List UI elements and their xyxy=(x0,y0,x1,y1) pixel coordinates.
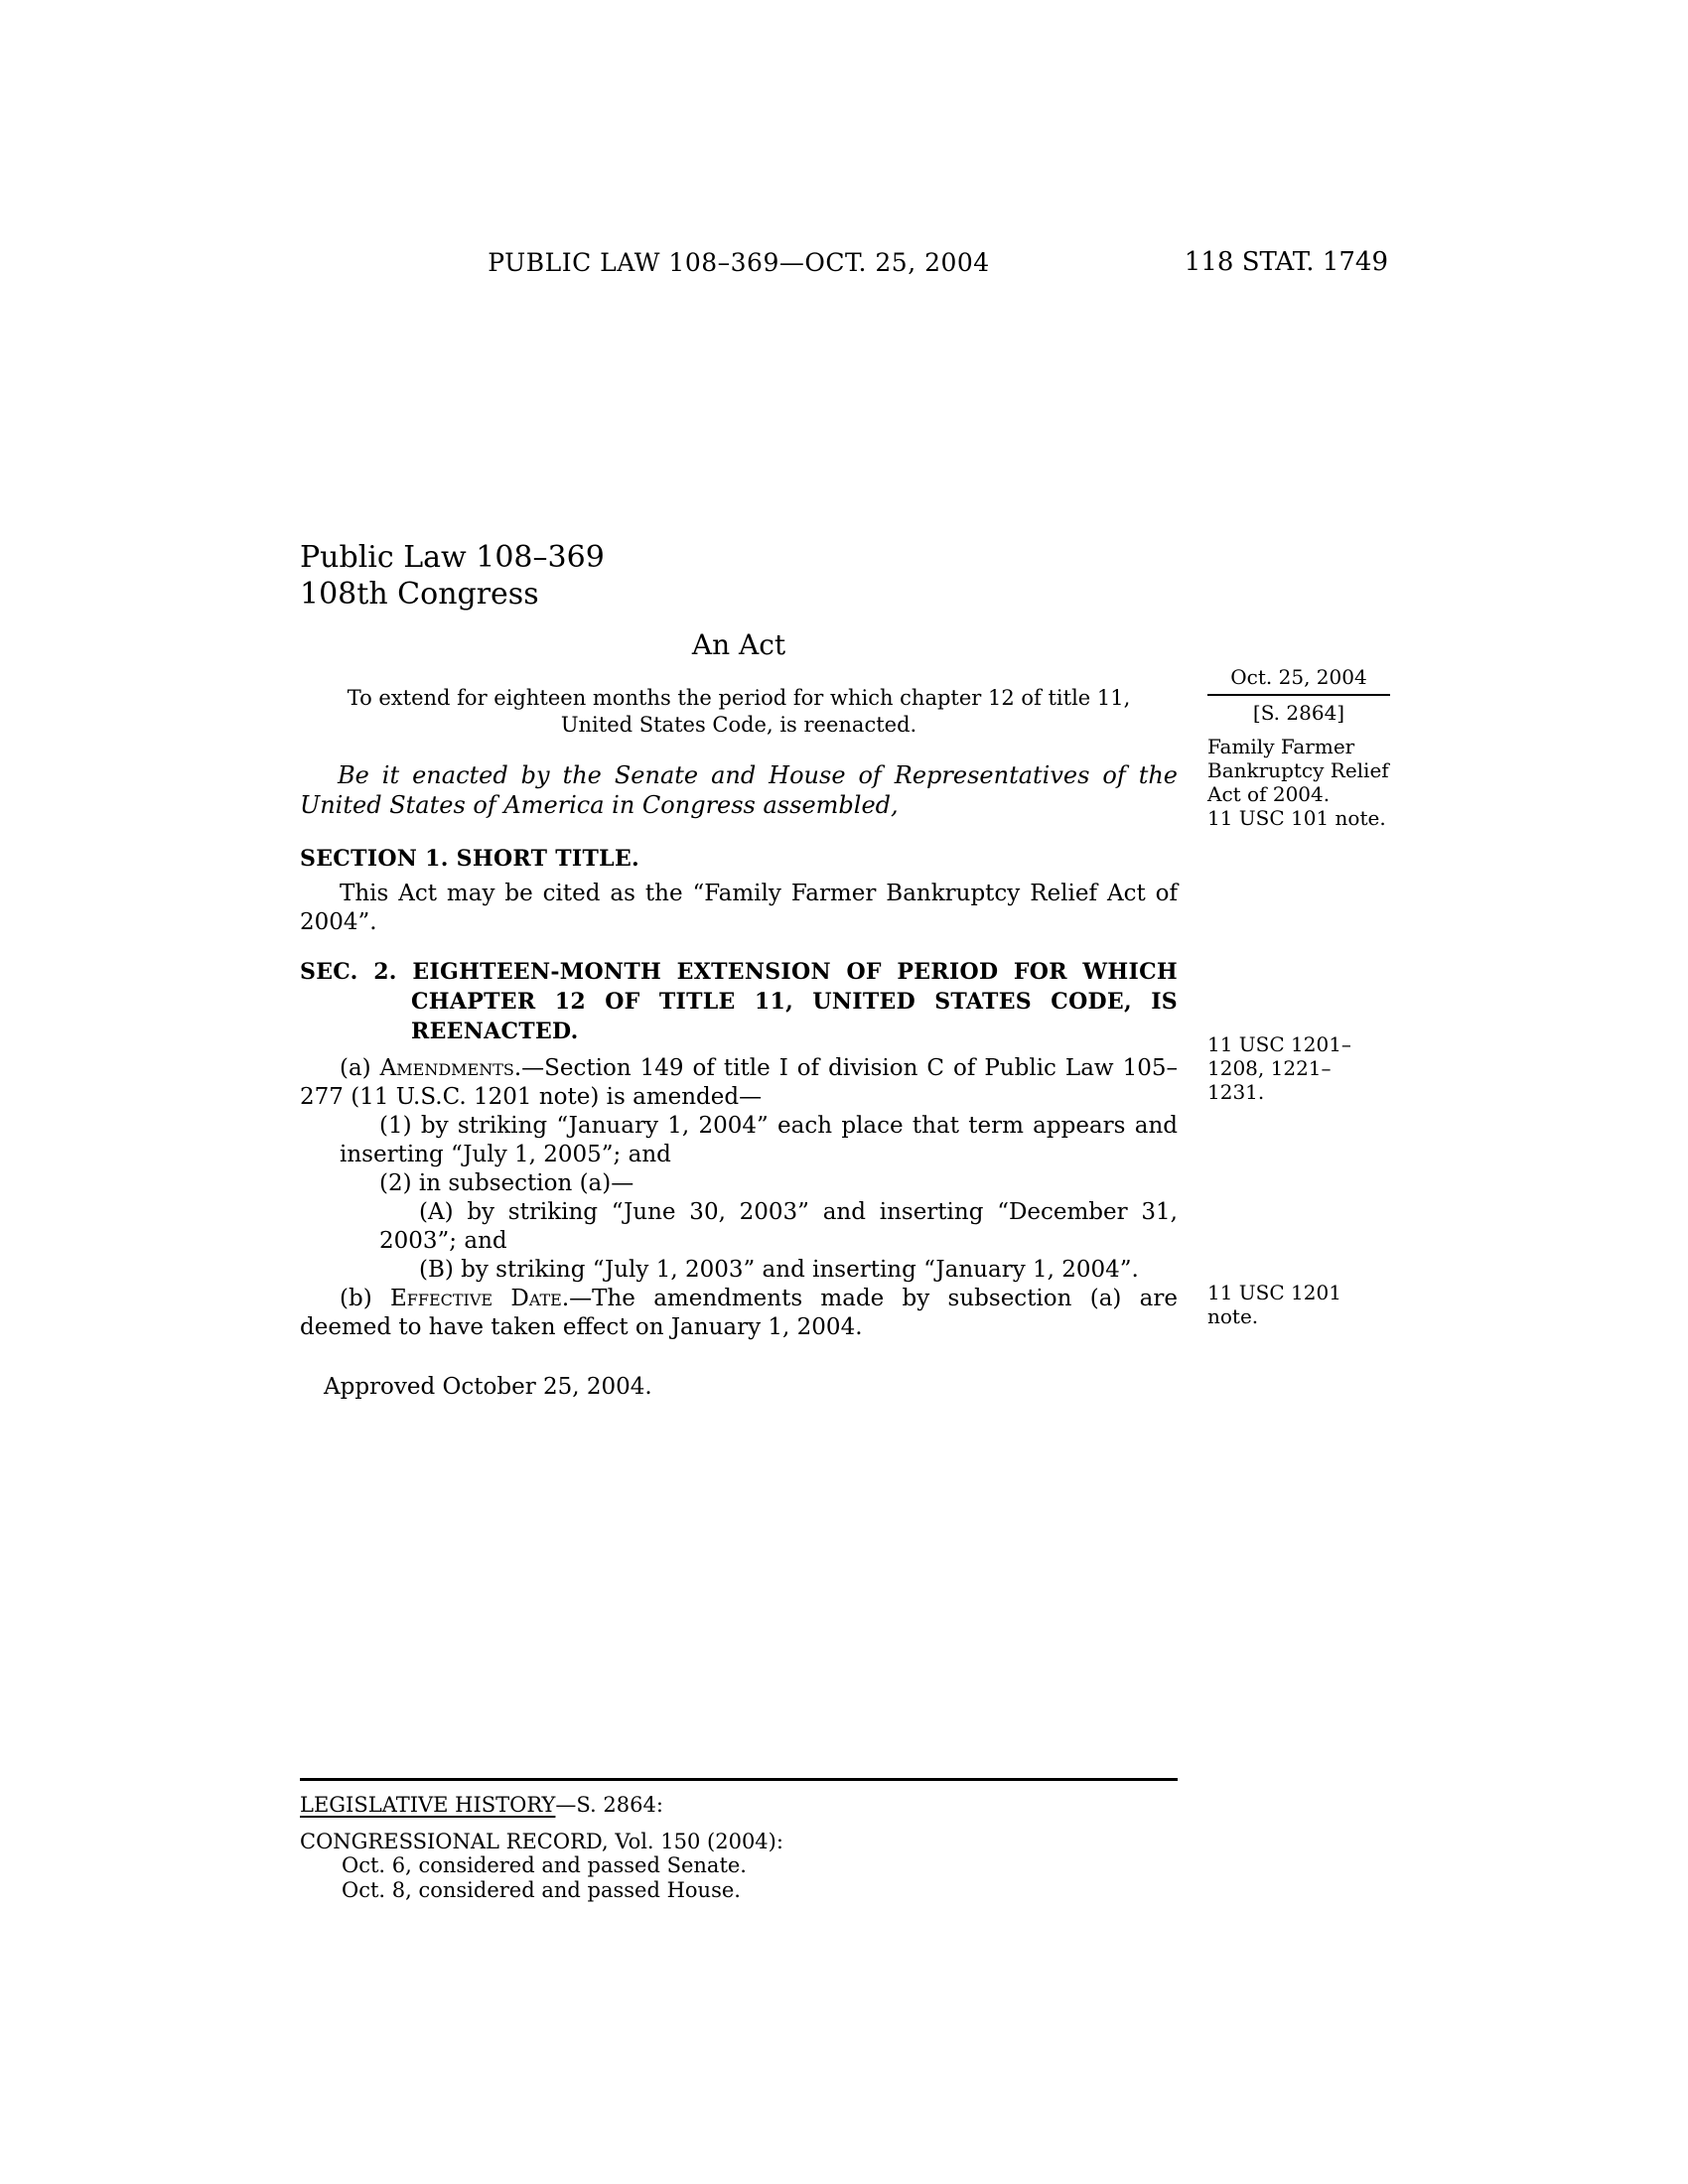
enacting-clause: Be it enacted by the Senate and House of… xyxy=(300,760,1178,820)
margin-note-date: Oct. 25, 2004 xyxy=(1207,665,1390,696)
paragraph-1: (1) by striking “January 1, 2004” each p… xyxy=(340,1112,1178,1169)
act-preamble: To extend for eighteen months the period… xyxy=(300,685,1178,739)
margin-note-short-title-block: Family Farmer Bankruptcy Relief Act of 2… xyxy=(1207,735,1390,830)
subsection-b-label: Effective Date xyxy=(390,1286,562,1311)
subparagraph-B: (B) by striking “July 1, 2003” and inser… xyxy=(379,1256,1178,1285)
history-entry-senate: Oct. 6, considered and passed Senate. xyxy=(342,1853,1178,1878)
subsection-b-prefix: (b) xyxy=(340,1286,390,1311)
margin-note-date-block: Oct. 25, 2004 [S. 2864] xyxy=(1207,665,1390,725)
legislative-history-heading-rest: —S. 2864: xyxy=(555,1793,663,1817)
history-entry-house: Oct. 8, considered and passed House. xyxy=(342,1878,1178,1903)
section2-subsection-b: (b) Effective Date.—The amendments made … xyxy=(300,1285,1178,1342)
paragraph-2: (2) in subsection (a)— xyxy=(340,1169,1178,1198)
subsection-a-label: Amendments xyxy=(380,1055,514,1081)
section1-heading: SECTION 1. SHORT TITLE. xyxy=(300,846,1178,872)
body-column: Public Law 108–369 108th Congress An Act… xyxy=(300,539,1178,1400)
approval-line: Approved October 25, 2004. xyxy=(300,1374,1178,1400)
margin-note-act-name: Family Farmer Bankruptcy Relief Act of 2… xyxy=(1207,735,1390,806)
section2-subsection-a: (a) Amendments.—Section 149 of title I o… xyxy=(300,1054,1178,1112)
subsection-a-prefix: (a) xyxy=(340,1055,380,1081)
legislative-history-heading-underlined: LEGISLATIVE HISTORY xyxy=(300,1793,555,1817)
congressional-record-line: CONGRESSIONAL RECORD, Vol. 150 (2004): xyxy=(300,1830,1178,1853)
public-law-number: Public Law 108–369 xyxy=(300,539,1178,576)
subparagraph-A: (A) by striking “June 30, 2003” and inse… xyxy=(379,1198,1178,1256)
stat-page-number: 118 STAT. 1749 xyxy=(993,247,1388,277)
section2-heading: SEC. 2. EIGHTEEN-MONTH EXTENSION OF PERI… xyxy=(300,957,1178,1046)
congress-number: 108th Congress xyxy=(300,576,1178,613)
legislative-history-heading: LEGISLATIVE HISTORY—S. 2864: xyxy=(300,1793,1178,1817)
an-act-title: An Act xyxy=(300,628,1178,661)
margin-note-bill-number: [S. 2864] xyxy=(1207,701,1390,725)
statute-page: PUBLIC LAW 108–369—OCT. 25, 2004 118 STA… xyxy=(0,0,1688,2184)
legislative-history-section: LEGISLATIVE HISTORY—S. 2864: CONGRESSION… xyxy=(300,1778,1178,1903)
footer-divider xyxy=(300,1778,1178,1781)
section1-body: This Act may be cited as the “Family Far… xyxy=(300,880,1178,937)
margin-note-usc-1201-range: 11 USC 1201–1208, 1221–1231. xyxy=(1207,1032,1376,1104)
margin-note-usc-101: 11 USC 101 note. xyxy=(1207,806,1390,830)
margin-note-usc-1201-note: 11 USC 1201 note. xyxy=(1207,1281,1390,1328)
